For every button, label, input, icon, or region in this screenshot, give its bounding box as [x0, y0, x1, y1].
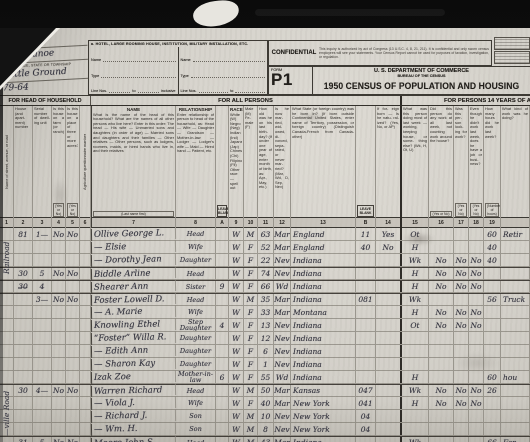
- cell-col11: 55: [258, 371, 274, 383]
- confidential-strip: CONFIDENTIAL This inquiry is authorized …: [268, 40, 492, 66]
- cell-col8: Daughter: [176, 254, 216, 266]
- cell-col17: No: [454, 268, 469, 279]
- cell-col16: No: [429, 268, 454, 279]
- cell-col1: [0, 319, 14, 331]
- cell-col3: 4̶: [33, 281, 52, 292]
- cell-col7: Shearer Ann: [91, 280, 176, 293]
- confidential-label: CONFIDENTIAL: [269, 50, 319, 56]
- cell-col11: 52: [258, 241, 274, 253]
- cell-col1: [0, 371, 14, 383]
- cell-col12: Nev: [274, 410, 291, 422]
- cell-colB: [356, 281, 376, 292]
- cell-col17: [454, 358, 469, 370]
- column-header-footnote: (Yes or No): [430, 211, 452, 217]
- cell-col4: No: [52, 437, 66, 442]
- cell-col19: [484, 332, 501, 344]
- cell-col8: Wife: [176, 306, 216, 318]
- person-row: — A. MarieWifeWF33MarMontanaHNoNoNo: [0, 306, 530, 319]
- cell-col10: F: [244, 281, 258, 292]
- column-number: 8: [176, 218, 216, 228]
- cell-col10: M: [244, 385, 258, 396]
- cell-col16: No: [429, 385, 454, 396]
- cell-col11: 33: [258, 306, 274, 318]
- column-header-text: How old was he on his last birth- day? (…: [259, 107, 272, 217]
- cell-col17: No: [454, 319, 469, 331]
- cell-col18: [469, 371, 484, 383]
- cell-colx: [501, 332, 530, 344]
- cell-col14: Yes: [376, 228, 402, 240]
- cell-col10: F: [244, 306, 258, 318]
- cell-col9: W: [229, 319, 244, 331]
- cell-colx: [501, 423, 530, 435]
- form-number: P1: [271, 72, 310, 87]
- cell-col18: No: [469, 319, 484, 331]
- cell-col17: [454, 294, 469, 305]
- column-header-13: What State (or foreign country) was he b…: [291, 106, 356, 218]
- cell-col4: No: [52, 385, 66, 396]
- cell-col7: — Dorothy Jean: [91, 253, 176, 267]
- cell-col12: Nev: [274, 332, 291, 344]
- band-persons-14: FOR PERSONS 14 YEARS OF AGE AND OVER: [402, 96, 530, 105]
- cell-col12: Mar: [274, 294, 291, 305]
- cell-col5: [66, 319, 80, 331]
- cell-col3: [33, 345, 52, 357]
- cell-col8: Mother-in-law: [176, 371, 216, 383]
- cell-col18: [469, 294, 484, 305]
- cell-col5: No: [66, 294, 80, 305]
- cell-col8: Wife: [176, 241, 216, 253]
- cell-col7: Biddle Arline: [91, 267, 176, 280]
- cell-col10: F: [244, 358, 258, 370]
- cell-col1: [0, 281, 14, 292]
- cell-colA: [216, 306, 229, 318]
- band-all-persons: FOR ALL PERSONS: [91, 96, 402, 105]
- cell-col7: — Edith Ann: [91, 344, 176, 358]
- cell-col19: [484, 306, 501, 318]
- name-field-line: [103, 52, 175, 63]
- person-row: — Sharon KayDaughterWF1NevIndiana: [0, 358, 530, 371]
- cell-col11: 10: [258, 410, 274, 422]
- cell-col17: [454, 437, 469, 442]
- column-number: 11: [258, 218, 274, 228]
- cell-col6: [80, 371, 91, 383]
- cell-col14: [376, 410, 402, 422]
- cell-col16: [429, 332, 454, 344]
- cell-col7: Warren Richard: [91, 384, 176, 397]
- cell-col17: No: [454, 385, 469, 396]
- cell-col12: Nev: [274, 358, 291, 370]
- cell-colB: [356, 345, 376, 357]
- cell-col19: [484, 397, 501, 409]
- cell-col9: W: [229, 332, 244, 344]
- cell-col16: [429, 410, 454, 422]
- cell-colB: [356, 371, 376, 383]
- type-field-line2: [191, 67, 265, 78]
- cell-colA: [216, 345, 229, 357]
- cell-col18: [469, 423, 484, 435]
- cell-col18: [469, 241, 484, 253]
- column-header-footnote: (Yes or No): [67, 203, 78, 217]
- cell-col13: Indiana: [291, 254, 356, 266]
- cell-col18: [469, 437, 484, 442]
- cell-colB: [356, 358, 376, 370]
- cell-col13: New York: [291, 397, 356, 409]
- cell-col10: F: [244, 241, 258, 253]
- line-nos-label: Line Nos.: [91, 89, 107, 93]
- cell-col12: Nev: [274, 254, 291, 266]
- cell-col8: Wife: [176, 397, 216, 409]
- cell-col6: [80, 397, 91, 409]
- person-row: 3—NoNoFoster Lowell D.HeadWM35MarIndiana…: [0, 293, 530, 306]
- cell-col19: [484, 345, 501, 357]
- cell-col15: H: [402, 268, 429, 279]
- office-use-box-1: [494, 37, 530, 50]
- cell-col11: 35: [258, 294, 274, 305]
- cell-col2: 30: [14, 268, 33, 279]
- cell-col14: [376, 332, 402, 344]
- line-nos-line4: [235, 82, 265, 93]
- cell-col17: [454, 410, 469, 422]
- cell-col13: New York: [291, 423, 356, 435]
- cell-col19: 60: [484, 228, 501, 240]
- person-row: — ElsieWifeWF52MarEngland40NoH40: [0, 241, 530, 254]
- cell-col18: No: [469, 268, 484, 279]
- column-number: 14: [376, 218, 402, 228]
- cell-col8: Head: [176, 228, 216, 240]
- cell-col4: [52, 241, 66, 253]
- cell-col15: [402, 358, 429, 370]
- to-label2: to: [230, 89, 233, 93]
- inclusive-label: inclusive: [161, 89, 176, 93]
- cell-col4: [52, 306, 66, 318]
- cell-col12: Nev: [274, 423, 291, 435]
- column-number: 1: [0, 218, 14, 228]
- cell-col14: [376, 385, 402, 396]
- cell-col15: H: [402, 371, 429, 383]
- cell-col3: 5: [33, 437, 52, 442]
- person-row: — Viola J.WifeWF40MarNew York041HNoNoNo: [0, 397, 530, 410]
- column-header-4: Is this house on a farm (or ranch)?(Yes …: [52, 106, 66, 218]
- cell-col5: No: [66, 385, 80, 396]
- cell-col9: W: [229, 385, 244, 396]
- cell-col18: [469, 228, 484, 240]
- column-number: 7: [91, 218, 176, 228]
- cell-col14: [376, 281, 402, 292]
- cell-colx: [501, 306, 530, 318]
- column-header-11: How old was he on his last birth- day? (…: [258, 106, 274, 218]
- cell-colB: 04: [356, 423, 376, 435]
- cell-col13: Indiana: [291, 332, 356, 344]
- cell-col8: Daughter: [176, 345, 216, 357]
- cell-col6: [80, 332, 91, 344]
- column-number: 18: [469, 218, 484, 228]
- column-number: 16: [429, 218, 454, 228]
- cell-col16: No: [429, 254, 454, 266]
- cell-col13: Indiana: [291, 371, 356, 383]
- cell-col4: [52, 423, 66, 435]
- cell-col8: Head: [176, 294, 216, 305]
- column-header-3: Serial number of dwell- ing unit: [33, 106, 52, 218]
- person-row: 811—NoNoOllive George L.HeadWM63MarEngla…: [0, 228, 530, 241]
- cell-col4: [52, 410, 66, 422]
- cell-col11: 8: [258, 423, 274, 435]
- cell-col16: No: [429, 397, 454, 409]
- column-header-10: Male (M) Fe- male (F): [244, 106, 258, 218]
- column-header-text: Did this person do any work at all last …: [430, 107, 452, 211]
- cell-col15: H: [402, 241, 429, 253]
- column-headers-row: Name of street, avenue, or roadHouse (an…: [0, 106, 530, 218]
- cell-col2: [14, 371, 33, 383]
- confidential-text: This inquiry is authorized by act of Con…: [319, 47, 491, 60]
- cell-col16: [429, 437, 454, 442]
- cell-col9: W: [229, 281, 244, 292]
- cell-colA: [216, 437, 229, 442]
- cell-col17: [454, 423, 469, 435]
- cell-col3: 3—: [33, 294, 52, 305]
- cell-colA: 9: [216, 281, 229, 292]
- cell-colB: [356, 437, 376, 442]
- cell-col9: W: [229, 254, 244, 266]
- cell-col3: [33, 254, 52, 266]
- cell-col5: [66, 397, 80, 409]
- cell-col14: [376, 319, 402, 331]
- cell-col4: No: [52, 228, 66, 240]
- cell-colA: [216, 254, 229, 266]
- cell-col12: Mar: [274, 437, 291, 442]
- cell-col3: 4—: [33, 385, 52, 396]
- column-number: 17: [454, 218, 469, 228]
- form-id-block: FORM P1 U. S. DEPARTMENT OF COMMERCE BUR…: [268, 66, 530, 95]
- cell-col3: [33, 241, 52, 253]
- cell-col16: [429, 423, 454, 435]
- column-header-text: Was this per- son look- ing for work?: [455, 107, 467, 203]
- cell-col9: W: [229, 437, 244, 442]
- scan-artifact-blob: [192, 0, 241, 29]
- cell-col12: Mar: [274, 397, 291, 409]
- cell-col12: Wd: [274, 281, 291, 292]
- hotel-box-left: Name Type Line Nos.toinclusive: [89, 47, 178, 94]
- cell-col14: [376, 397, 402, 409]
- column-header-text: Is this house on a farm (or ranch)?: [53, 107, 64, 203]
- cell-col5: [66, 423, 80, 435]
- cell-col7: Moore John S.: [91, 436, 176, 442]
- cell-col6: [80, 241, 91, 253]
- person-row: — Dorothy JeanDaughterWF22NevIndianaWkNo…: [0, 254, 530, 267]
- cell-col6: [80, 268, 91, 279]
- cell-col8: Daughter: [176, 332, 216, 344]
- cell-col13: Indiana: [291, 268, 356, 279]
- cell-col13: New York: [291, 410, 356, 422]
- hotel-box-right: Name Type Line Nos.to: [178, 47, 268, 94]
- cell-col17: No: [454, 254, 469, 266]
- cell-col11: 74: [258, 268, 274, 279]
- hotel-institution-box: a. HOTEL, LARGE ROOMING HOUSE, INSTITUTI…: [88, 40, 268, 95]
- column-number: 4: [52, 218, 66, 228]
- cell-col2: [14, 254, 33, 266]
- cell-col2: [14, 345, 33, 357]
- cell-col15: H: [402, 397, 429, 409]
- cell-col1: [0, 358, 14, 370]
- cell-col13: England: [291, 228, 356, 240]
- column-header-footnote: (Yes or No): [53, 203, 64, 217]
- cell-col5: [66, 254, 80, 266]
- cell-col4: No: [52, 294, 66, 305]
- cell-colA: [216, 241, 229, 253]
- person-row: — Richard J.SonWM10NevNew York04: [0, 410, 530, 423]
- cell-colx: [501, 268, 530, 279]
- cell-col18: No: [469, 254, 484, 266]
- cell-col19: [484, 319, 501, 331]
- column-header-text: If for- eign born — Is he natu- ral- ize…: [377, 107, 399, 217]
- cell-colx: hou: [501, 371, 530, 383]
- cell-col10: M: [244, 423, 258, 435]
- type-field-line: [101, 67, 175, 78]
- cell-col16: [429, 228, 454, 240]
- cell-col15: H: [402, 281, 429, 292]
- cell-col5: No: [66, 228, 80, 240]
- cell-col13: Kansas: [291, 385, 356, 396]
- column-number: 13: [291, 218, 356, 228]
- cell-col10: F: [244, 397, 258, 409]
- cell-col14: [376, 345, 402, 357]
- cell-colx: [501, 410, 530, 422]
- column-header-15: What was this person doing most of last …: [402, 106, 429, 218]
- cell-colA: 4: [216, 319, 229, 331]
- cell-colB: [356, 268, 376, 279]
- cell-col7: Ollive George L.: [91, 228, 176, 241]
- cell-col6: [80, 254, 91, 266]
- column-number: [501, 218, 530, 228]
- cell-col9: W: [229, 371, 244, 383]
- cell-col3: [33, 319, 52, 331]
- cell-col2: [14, 397, 33, 409]
- cell-col19: [484, 410, 501, 422]
- person-row: — Wm. H.SonWM8NevNew York04: [0, 423, 530, 436]
- scan-artifact-streak: [255, 9, 445, 16]
- cell-colx: [501, 281, 530, 292]
- column-header-text: What was this person doing most of last …: [403, 107, 427, 217]
- column-header-5: Is this house on a place of three or mor…: [66, 106, 80, 218]
- cell-col2: [14, 332, 33, 344]
- cell-col1: [0, 332, 14, 344]
- cell-col19: 56: [484, 294, 501, 305]
- column-number: 15: [402, 218, 429, 228]
- cell-col10: F: [244, 254, 258, 266]
- cell-colx: [501, 358, 530, 370]
- cell-col11: 1: [258, 358, 274, 370]
- cell-col1: [0, 294, 14, 305]
- cell-col12: Mar: [274, 385, 291, 396]
- column-header-x: What kind of work was he doing?: [501, 106, 530, 218]
- cell-col5: [66, 306, 80, 318]
- column-header-18: Even though he didn't work last week, do…: [469, 106, 484, 218]
- column-header-footnote: (Last name first): [93, 211, 174, 217]
- cell-col1: [0, 437, 14, 442]
- cell-col5: [66, 358, 80, 370]
- cell-col11: 13: [258, 319, 274, 331]
- cell-col7: “Foster” Willa R.: [91, 331, 176, 345]
- cell-colx: [501, 241, 530, 253]
- cell-col7: — Elsie: [91, 240, 176, 254]
- street-name-note-top: Railroad: [2, 242, 11, 274]
- cell-col16: [429, 241, 454, 253]
- cell-colA: [216, 385, 229, 396]
- cell-col10: F: [244, 268, 258, 279]
- column-number: A: [216, 218, 229, 228]
- cell-col3: 5: [33, 268, 52, 279]
- column-header-text: House (and apart- ment) number: [15, 107, 31, 217]
- cell-col2: [14, 319, 33, 331]
- cell-col4: No: [52, 268, 66, 279]
- cell-col2: [14, 294, 33, 305]
- cell-colA: [216, 268, 229, 279]
- cell-col6: [80, 437, 91, 442]
- cell-col14: [376, 423, 402, 435]
- cell-col7: — Viola J.: [91, 396, 176, 410]
- cell-col5: [66, 241, 80, 253]
- cell-col9: W: [229, 410, 244, 422]
- cell-colA: [216, 410, 229, 422]
- census-form-paper: Indiana Tippecanoe CITY, VILLAGE, STATE …: [0, 28, 530, 442]
- cell-col13: Indiana: [291, 294, 356, 305]
- cell-col1: [0, 306, 14, 318]
- leave-blank-box: LEAVE BLANK: [357, 205, 374, 217]
- cell-col18: No: [469, 306, 484, 318]
- to-label: to: [132, 89, 135, 93]
- column-header-text: What kind of work was he doing?: [502, 107, 528, 217]
- cell-col7: — A. Marie: [91, 305, 176, 319]
- cell-col10: M: [244, 437, 258, 442]
- cell-colB: 047: [356, 385, 376, 396]
- line-nos-label2: Line Nos.: [181, 89, 197, 93]
- person-row: Izak ZoeMother-in-law6WF55WdIndianaH60ho…: [0, 371, 530, 384]
- cell-col5: No: [66, 268, 80, 279]
- section-bands: FOR HEAD OF HOUSEHOLD FOR ALL PERSONS FO…: [0, 95, 530, 106]
- cell-col4: [52, 371, 66, 383]
- cell-colB: 041: [356, 397, 376, 409]
- cell-col9: W: [229, 306, 244, 318]
- cell-col6: [80, 385, 91, 396]
- column-header-text: Even though he didn't work last week, do…: [470, 107, 482, 203]
- cell-col11: 63: [258, 228, 274, 240]
- column-header-12: Is he now mar- ried, wid- owed, di- vorc…: [274, 106, 291, 218]
- form-number-box: FORM P1: [269, 67, 313, 94]
- cell-col3: [33, 371, 52, 383]
- cell-col18: [469, 345, 484, 357]
- person-row: “Foster” Willa R.DaughterWF12NevIndiana: [0, 332, 530, 345]
- person-row: 304—NoNoWarren RichardHeadWM50MarKansas0…: [0, 384, 530, 397]
- street-name-note-bottom: —ville Road: [2, 391, 11, 436]
- cell-col12: Nev: [274, 345, 291, 357]
- cell-col5: [66, 371, 80, 383]
- cell-col4: [52, 397, 66, 409]
- cell-col19: 40: [484, 241, 501, 253]
- column-header-B: LEAVE BLANK: [356, 106, 376, 218]
- cell-col11: 6: [258, 345, 274, 357]
- column-number: 5: [66, 218, 80, 228]
- cell-colx: [501, 254, 530, 266]
- cell-col11: 12: [258, 332, 274, 344]
- cell-colA: [216, 423, 229, 435]
- cell-col15: [402, 332, 429, 344]
- cell-col7: Izak Zoe: [91, 370, 176, 384]
- cell-col16: No: [429, 319, 454, 331]
- office-use-boxes: [494, 37, 530, 64]
- cell-colA: 6: [216, 371, 229, 383]
- cell-col14: [376, 254, 402, 266]
- cell-col6: [80, 281, 91, 292]
- column-header-16: Did this person do any work at all last …: [429, 106, 454, 218]
